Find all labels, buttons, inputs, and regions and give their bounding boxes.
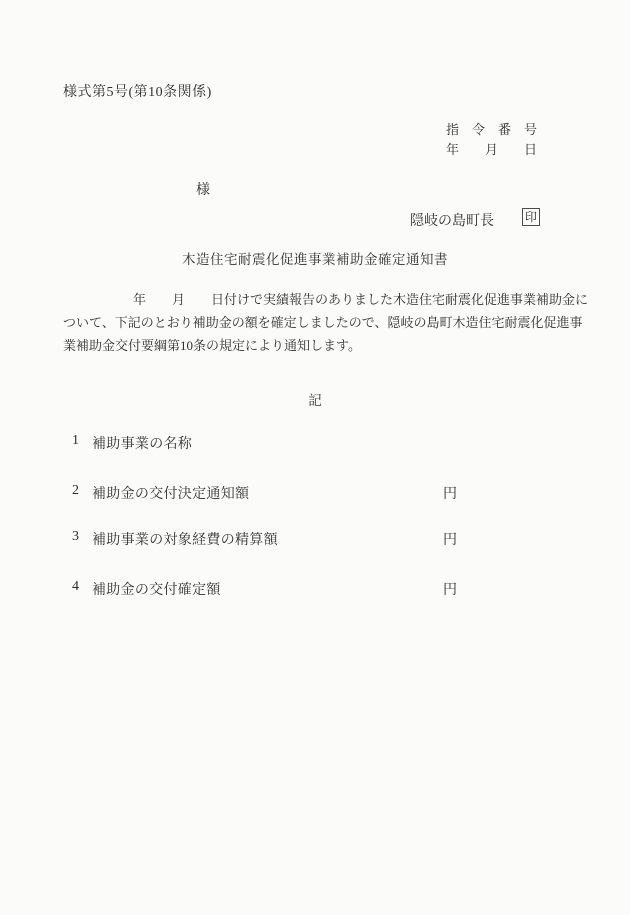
item-label: 補助金の交付確定額 <box>92 579 221 599</box>
item-number: 2 <box>72 483 79 499</box>
item-row: 1 補助事業の名称 <box>0 433 630 451</box>
seal-box: 印 <box>522 208 540 226</box>
date-line: 年 月 日 <box>446 139 537 158</box>
item-row: 2 補助金の交付決定通知額 円 <box>0 483 630 501</box>
addressee-suffix: 様 <box>196 179 210 199</box>
record-marker: 記 <box>0 389 630 409</box>
item-unit: 円 <box>443 579 457 599</box>
item-label: 補助事業の対象経費の精算額 <box>92 529 278 549</box>
item-label: 補助事業の名称 <box>92 433 192 453</box>
item-number: 3 <box>72 529 79 545</box>
item-unit: 円 <box>443 483 457 503</box>
issuer-title: 隠岐の島町長 <box>410 210 494 230</box>
body-paragraph: 年 月 日付けで実績報告のありました木造住宅耐震化促進事業補助金に ついて、下記… <box>63 288 571 357</box>
item-unit: 円 <box>443 529 457 549</box>
body-line: 年 月 日付けで実績報告のありました木造住宅耐震化促進事業補助金に <box>63 288 571 311</box>
item-number: 4 <box>72 579 79 595</box>
item-row: 4 補助金の交付確定額 円 <box>0 579 630 597</box>
directive-number-line: 指 令 番 号 <box>446 119 537 138</box>
item-number: 1 <box>72 433 79 449</box>
item-label: 補助金の交付決定通知額 <box>92 483 249 503</box>
item-row: 3 補助事業の対象経費の精算額 円 <box>0 529 630 547</box>
form-number: 様式第5号(第10条関係) <box>63 81 212 101</box>
body-line: 業補助金交付要綱第10条の規定により通知します。 <box>63 334 571 357</box>
document-page: 様式第5号(第10条関係) 指 令 番 号 年 月 日 様 隠岐の島町長 印 木… <box>0 0 630 915</box>
body-line: ついて、下記のとおり補助金の額を確定しましたので、隠岐の島町木造住宅耐震化促進事 <box>63 311 571 334</box>
document-title: 木造住宅耐震化促進事業補助金確定通知書 <box>0 248 630 268</box>
